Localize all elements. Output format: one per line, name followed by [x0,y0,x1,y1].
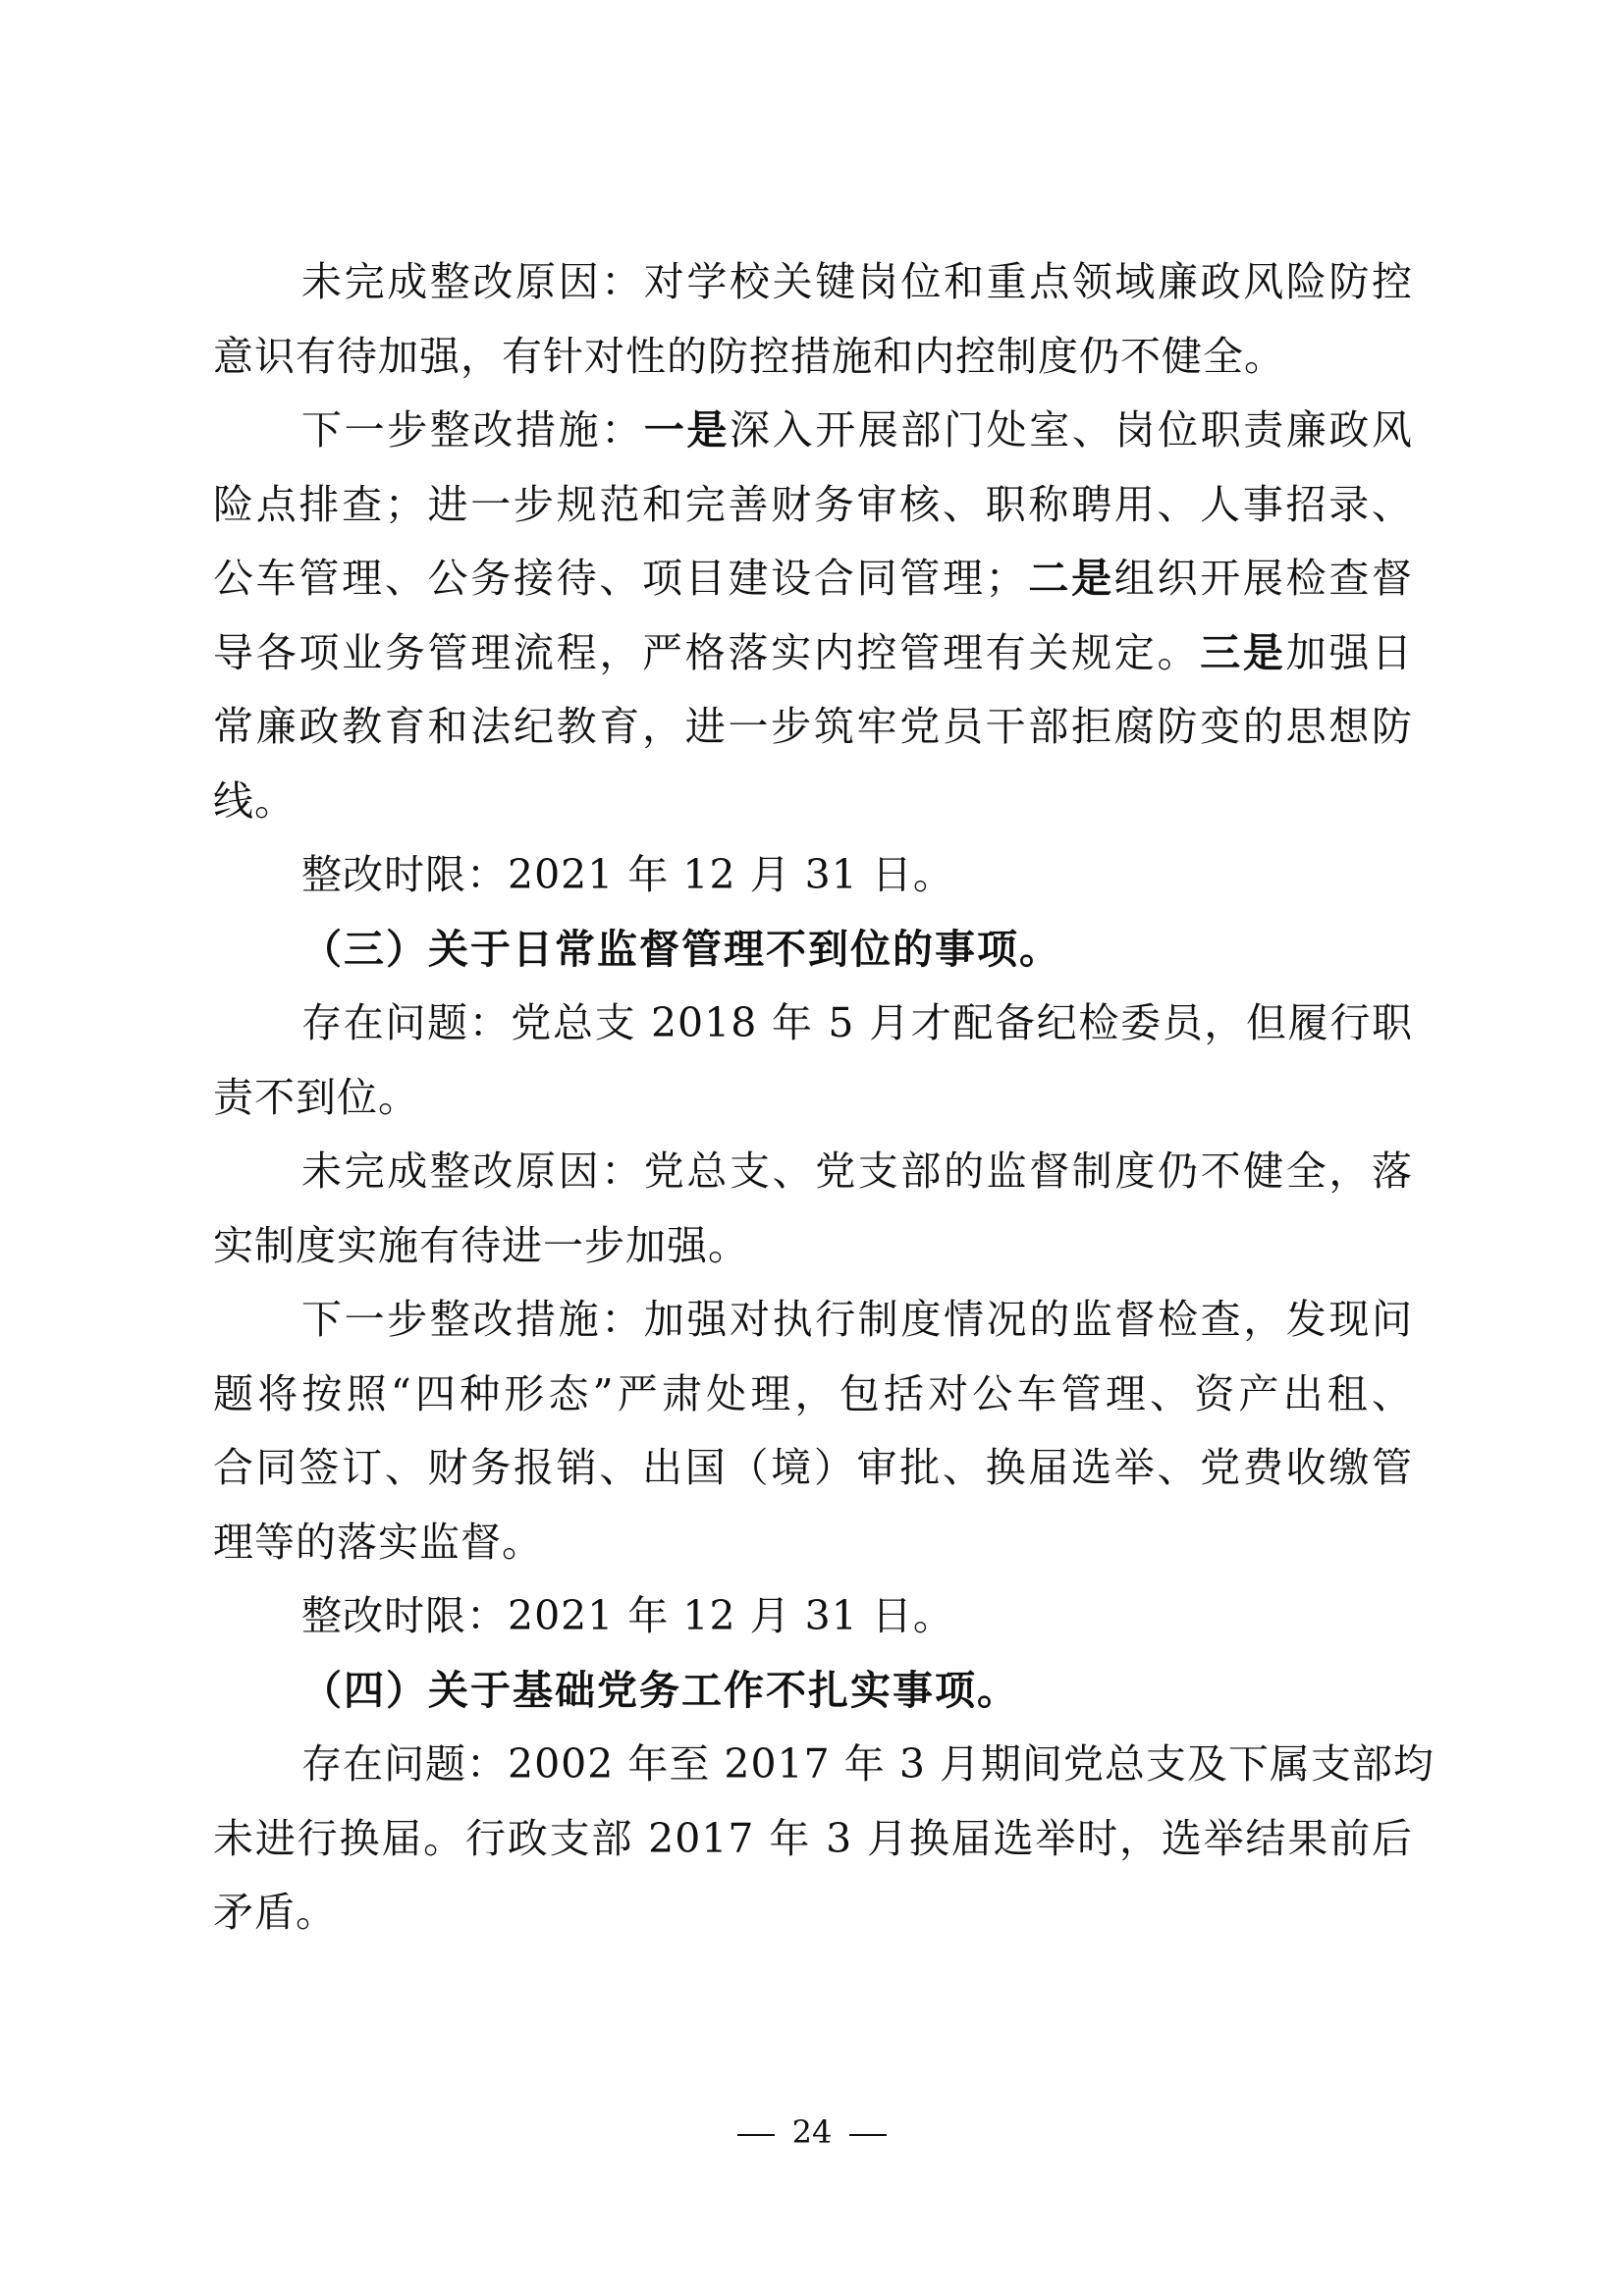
text-segment: 导各项业务管理流程，严格落实内控管理有关规定。 [213,629,1200,676]
text-line: 责不到位。 [213,1061,1413,1136]
text-segment: 题将按照“四种形态”严肃处理，包括对公车管理、资产出租、 [213,1370,1413,1417]
section-heading: （四）关于基础党务工作不扎实事项。 [213,1654,1413,1729]
text-segment: 实制度实施有待进一步加强。 [213,1222,749,1269]
text-line: 整改时限：2021 年 12 月 31 日。 [213,838,1413,913]
text-line: 下一步整改措施：一是深入开展部门处室、岗位职责廉政风 [213,394,1413,468]
text-segment: 深入开展部门处室、岗位职责廉政风 [730,406,1413,454]
text-line: 理等的落实监督。 [213,1506,1413,1580]
document-body: 未完成整改原因：对学校关键岗位和重点领域廉政风险防控意识有待加强，有针对性的防控… [213,245,1413,1950]
text-line: 矛盾。 [213,1876,1413,1950]
text-segment: 组织开展检查督 [1114,555,1413,602]
text-line: 常廉政教育和法纪教育，进一步筑牢党员干部拒腐防变的思想防 [213,690,1413,765]
text-line: 下一步整改措施：加强对执行制度情况的监督检查，发现问 [213,1283,1413,1358]
paragraph: 整改时限：2021 年 12 月 31 日。 [213,1579,1413,1654]
page-footer: 24 [0,2109,1624,2156]
footer-dash-left [737,2134,775,2136]
text-segment: 线。 [213,777,296,825]
paragraph: 整改时限：2021 年 12 月 31 日。 [213,838,1413,913]
text-line: 题将按照“四种形态”严肃处理，包括对公车管理、资产出租、 [213,1358,1413,1432]
text-segment: 下一步整改措施：加强对执行制度情况的监督检查，发现问 [301,1296,1413,1343]
text-line: 意识有待加强，有针对性的防控措施和内控制度仍不健全。 [213,320,1413,395]
text-segment: 存在问题：2002 年至 2017 年 3 月期间党总支及下属支部均 [301,1740,1435,1788]
paragraph: 存在问题：党总支 2018 年 5 月才配备纪检委员，但履行职责不到位。 [213,987,1413,1135]
text-line: （四）关于基础党务工作不扎实事项。 [213,1654,1413,1729]
text-segment: 加强日 [1286,629,1413,676]
text-segment: 责不到位。 [213,1074,419,1121]
section-heading: （三）关于日常监督管理不到位的事项。 [213,913,1413,988]
text-line: （三）关于日常监督管理不到位的事项。 [213,913,1413,988]
text-segment: 整改时限：2021 年 12 月 31 日。 [301,1592,954,1639]
footer-dash-right [849,2134,887,2136]
text-segment: 理等的落实监督。 [213,1519,543,1566]
text-line: 存在问题：2002 年至 2017 年 3 月期间党总支及下属支部均 [213,1728,1413,1802]
text-segment: 常廉政教育和法纪教育，进一步筑牢党员干部拒腐防变的思想防 [213,703,1413,750]
emphasis-text: 三是 [1200,629,1285,676]
text-segment: 未进行换届。行政支部 2017 年 3 月换届选举时，选举结果前后 [213,1815,1413,1862]
text-line: 公车管理、公务接待、项目建设合同管理；二是组织开展检查督 [213,542,1413,616]
text-line: 未进行换届。行政支部 2017 年 3 月换届选举时，选举结果前后 [213,1802,1413,1877]
text-segment: 意识有待加强，有针对性的防控措施和内控制度仍不健全。 [213,333,1285,380]
text-line: 合同签订、财务报销、出国（境）审批、换届选举、党费收缴管 [213,1431,1413,1506]
text-line: 险点排查；进一步规范和完善财务审核、职称聘用、人事招录、 [213,468,1413,543]
paragraph: 存在问题：2002 年至 2017 年 3 月期间党总支及下属支部均未进行换届。… [213,1728,1413,1950]
text-segment: （三）关于日常监督管理不到位的事项。 [301,926,1061,973]
text-segment: 下一步整改措施： [301,406,644,454]
text-line: 存在问题：党总支 2018 年 5 月才配备纪检委员，但履行职 [213,987,1413,1061]
text-segment: 存在问题：党总支 2018 年 5 月才配备纪检委员，但履行职 [301,999,1413,1046]
text-line: 未完成整改原因：对学校关键岗位和重点领域廉政风险防控 [213,245,1413,320]
text-segment: 合同签订、财务报销、出国（境）审批、换届选举、党费收缴管 [213,1444,1413,1491]
text-segment: 整改时限：2021 年 12 月 31 日。 [301,851,954,898]
text-segment: 未完成整改原因：党总支、党支部的监督制度仍不健全，落 [301,1148,1413,1195]
emphasis-text: 二是 [1027,555,1114,602]
text-line: 实制度实施有待进一步加强。 [213,1209,1413,1284]
paragraph: 下一步整改措施：一是深入开展部门处室、岗位职责廉政风险点排查；进一步规范和完善财… [213,394,1413,838]
text-segment: 险点排查；进一步规范和完善财务审核、职称聘用、人事招录、 [213,481,1413,528]
page-number: 24 [792,2113,833,2151]
emphasis-text: 一是 [644,406,730,454]
paragraph: 未完成整改原因：对学校关键岗位和重点领域廉政风险防控意识有待加强，有针对性的防控… [213,245,1413,394]
paragraph: 未完成整改原因：党总支、党支部的监督制度仍不健全，落实制度实施有待进一步加强。 [213,1135,1413,1283]
text-segment: 矛盾。 [213,1889,337,1936]
text-line: 未完成整改原因：党总支、党支部的监督制度仍不健全，落 [213,1135,1413,1209]
text-line: 线。 [213,765,1413,839]
text-line: 导各项业务管理流程，严格落实内控管理有关规定。三是加强日 [213,616,1413,691]
text-segment: （四）关于基础党务工作不扎实事项。 [301,1667,1019,1714]
text-line: 整改时限：2021 年 12 月 31 日。 [213,1579,1413,1654]
document-page: 未完成整改原因：对学校关键岗位和重点领域廉政风险防控意识有待加强，有针对性的防控… [0,0,1624,2296]
text-segment: 公车管理、公务接待、项目建设合同管理； [213,555,1027,602]
text-segment: 未完成整改原因：对学校关键岗位和重点领域廉政风险防控 [301,258,1413,305]
paragraph: 下一步整改措施：加强对执行制度情况的监督检查，发现问题将按照“四种形态”严肃处理… [213,1283,1413,1579]
